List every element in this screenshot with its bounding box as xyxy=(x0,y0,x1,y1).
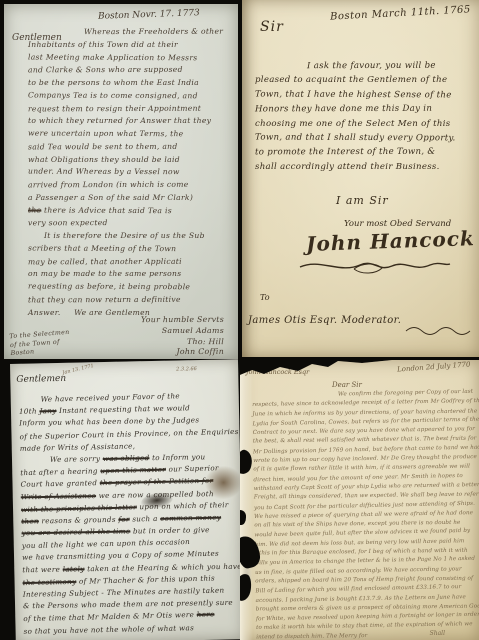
document-top-left-letter-1773: Boston Novr. 17. 1773 Gentlemen Whereas … xyxy=(4,4,238,359)
manuscript-line: to be the persons to whom the East India xyxy=(28,78,236,91)
letter-body: We have received your Favor of the10th J… xyxy=(19,390,242,638)
document-bottom-right-london-letter: John Hancock Esqr London 2d July 1770 De… xyxy=(240,360,479,640)
signature-fragment: Shall xyxy=(430,630,445,637)
manuscript-line: said Tea would be sent to them, and xyxy=(28,141,236,154)
manuscript-line: were uncertain upon what Terms, the xyxy=(28,129,236,143)
dateline: London 2d July 1770 xyxy=(397,360,471,373)
manuscript-line: John Coffin xyxy=(141,347,224,358)
manuscript-line: requesting as before, it being probable xyxy=(28,282,236,296)
addressee: John Hancock Esqr xyxy=(246,368,309,376)
signature-flourish-icon xyxy=(294,256,454,280)
manuscript-line: Tho: Hill xyxy=(141,336,224,347)
manuscript-line: Town, that I have the highest Sense of t… xyxy=(255,89,477,104)
john-hancock-signature: John Hancock xyxy=(306,226,476,256)
salutation: Dear Sir xyxy=(332,381,362,389)
letter-body: Whereas the Freeholders & otherInhabitan… xyxy=(28,27,236,320)
manuscript-line: pleased to acquaint the Gentlemen of the xyxy=(255,75,477,89)
manuscript-line: a Passenger a Son of the said Mr Clark) xyxy=(28,193,236,206)
manuscript-line: may be called, that another Applicati xyxy=(28,256,236,269)
manuscript-line: I ask the favour, you will be xyxy=(255,61,477,76)
salutation: Sir xyxy=(260,19,284,35)
address-flourish-icon xyxy=(404,321,474,340)
manuscript-line: Inhabitants of this Town did at their xyxy=(28,40,236,53)
address-line: James Otis Esqr. Moderator. xyxy=(248,315,401,326)
manuscripts-scan: Boston Novr. 17. 1773 Gentlemen Whereas … xyxy=(0,0,479,640)
letter-body: We confirm the foregoing per Copy of our… xyxy=(252,389,479,640)
manuscript-line: the there is Advice that said Tea is xyxy=(28,205,236,219)
manuscript-line: that they can now return a definitive xyxy=(28,294,236,307)
manuscript-line: under. And Whereas by a Vessel now xyxy=(28,167,236,181)
manuscript-line: on may be made to the same persons xyxy=(28,269,236,282)
manuscript-line: request them to resign their Appointment xyxy=(28,103,236,116)
document-top-right-hancock-letter: Boston March 11th. 1765 Sir I ask the fa… xyxy=(242,0,479,357)
manuscript-line: scribers that a Meeting of the Town xyxy=(28,243,236,257)
manuscript-line: to promote the Interest of the Town, & xyxy=(255,147,477,162)
manuscript-line: Whereas the Freeholders & other xyxy=(28,27,236,40)
manuscript-line: shall accordingly attend their Business. xyxy=(255,162,477,176)
manuscript-line: Samuel Adams xyxy=(141,326,224,337)
manuscript-line: arrived from London (in which is come xyxy=(28,180,236,193)
closing-signatures: Your humble ServtsSamuel AdamsTho: HillJ… xyxy=(141,315,224,358)
address-block: To the Selectmenof the Town ofBoston xyxy=(9,329,71,359)
tear-hole xyxy=(240,510,246,525)
archival-annotation: 2.3.2.66 xyxy=(176,366,197,372)
manuscript-line: Honors they have done me this Day in xyxy=(255,104,477,119)
manuscript-line: choosing me one of the Select Men of thi… xyxy=(255,119,477,133)
manuscript-line: Town, and that I shall study every Oppor… xyxy=(255,132,477,147)
closing-line: I am Sir xyxy=(336,194,389,207)
manuscript-line: last Meeting make Application to Messrs xyxy=(28,52,236,66)
manuscript-line: what Obligations they should be laid xyxy=(28,155,236,168)
dateline: Boston March 11th. 1765 xyxy=(330,4,471,22)
manuscript-line: very soon expected xyxy=(28,218,236,231)
letter-body: I ask the favour, you will bepleased to … xyxy=(255,61,477,176)
manuscript-line: Companys Tea is to come consigned, and xyxy=(28,90,236,104)
manuscript-line: to which they returned for Answer that t… xyxy=(28,116,236,129)
dateline: Boston Novr. 17. 1773 xyxy=(98,8,200,22)
archival-annotation: Jan 13. 1771 xyxy=(62,363,95,376)
address-to: To xyxy=(260,293,270,302)
manuscript-line: and Clarke & Sons who are supposed xyxy=(28,65,236,78)
document-bottom-left-draft: Jan 13. 1771 2.3.2.66 Gentlemen We have … xyxy=(10,359,244,640)
salutation: Gentlemen xyxy=(16,374,66,385)
paper-stain xyxy=(204,465,243,500)
manuscript-line: It is therefore the Desire of us the Sub xyxy=(28,231,236,244)
manuscript-line: Your humble Servts xyxy=(141,315,224,326)
